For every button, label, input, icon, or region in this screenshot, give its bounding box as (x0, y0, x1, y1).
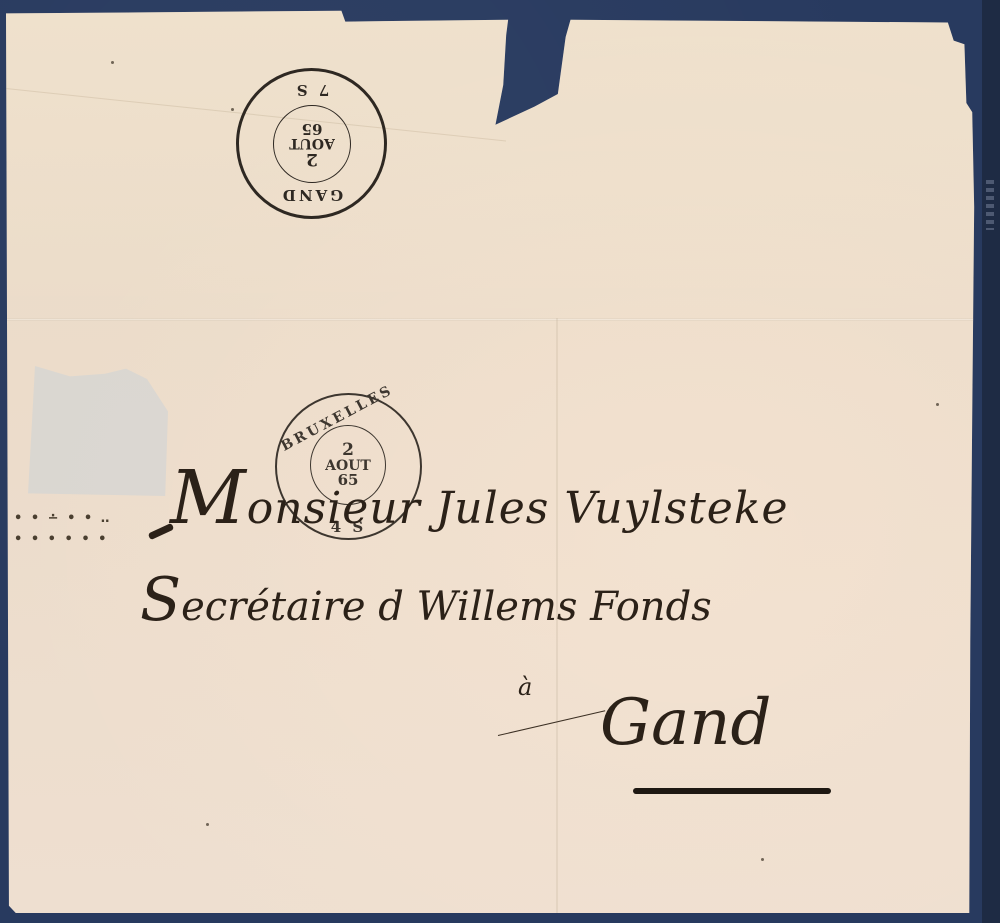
postmark-town: GAND (239, 186, 384, 204)
speck (206, 823, 209, 826)
city-underline (633, 788, 831, 794)
speck (111, 61, 114, 64)
address-line-1-initial: M (170, 455, 247, 541)
postmark-date-circle: 2 AOUT 65 (273, 105, 351, 183)
margin-mark-row-2: • • • • • • (14, 532, 108, 547)
margin-mark-row-1: • • ∸ • • ‥ (14, 511, 111, 526)
speck (761, 858, 764, 861)
address-line-2: Secrétaire d Willems Fonds (140, 565, 712, 635)
horizontal-fold-line (6, 318, 981, 321)
postmark-day: 2 (306, 150, 318, 167)
speck (936, 403, 939, 406)
address-line-1-rest: onsieur Jules Vuylsteke (247, 483, 789, 534)
speck (231, 108, 234, 111)
paper-loss-patch (28, 366, 168, 496)
address-line-3-prefix: à (518, 673, 532, 701)
postmark-time: 7 S (239, 81, 384, 99)
address-line-1: Monsieur Jules Vuylsteke (170, 455, 789, 541)
address-city: Gand (600, 686, 771, 760)
postmark-year: 65 (302, 121, 323, 136)
address-line-2-initial: S (140, 565, 181, 635)
postmark-gand: GAND 2 AOUT 65 7 S (236, 68, 387, 219)
album-edge-notch (986, 180, 994, 230)
postmark-month: AOUT (289, 136, 335, 150)
album-page-edge (982, 0, 1000, 923)
address-line-2-rest: ecrétaire d Willems Fonds (181, 584, 712, 630)
